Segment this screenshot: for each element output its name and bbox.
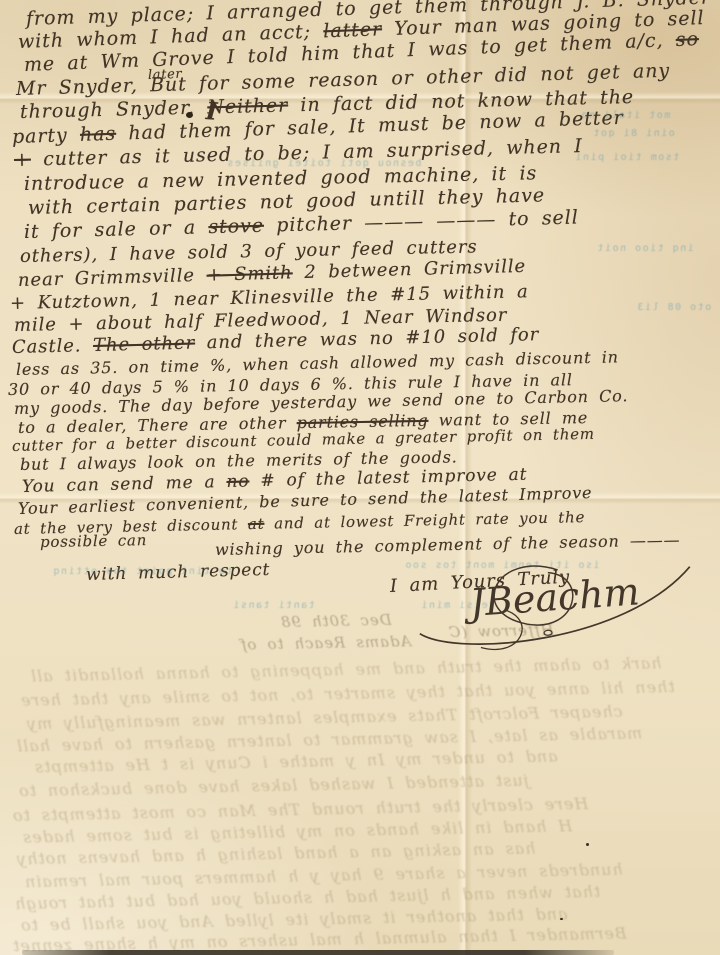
signature-flourish: JBeachm bbox=[405, 538, 712, 669]
bleedthrough-printed-text: tanti tansi bbox=[232, 600, 315, 611]
struck-word: stove bbox=[208, 215, 264, 238]
struck-word: latter bbox=[323, 18, 382, 42]
struck-word: has bbox=[80, 123, 117, 146]
ink-blot bbox=[186, 112, 193, 118]
letter-text: and at lowest Freight rate you the bbox=[264, 508, 585, 533]
struck-word: + Smith bbox=[206, 262, 293, 285]
letter-text: party bbox=[12, 124, 81, 148]
letter-text: Castle. bbox=[12, 335, 94, 358]
bleedthrough-handwriting: Dec 30th 98 bbox=[280, 611, 392, 631]
struck-word: + bbox=[14, 149, 31, 171]
inserted-word: later bbox=[148, 67, 183, 83]
bleedthrough-printed-text: inq tioo noit bbox=[596, 243, 694, 254]
scan-edge-shadow bbox=[22, 950, 614, 955]
bleedthrough-printed-text: tsom tioi pini bbox=[574, 152, 679, 163]
letter-line: possible can bbox=[40, 531, 147, 551]
letter-text: it for sale or a bbox=[24, 216, 209, 243]
letter-page: from my place; I arranged to get them th… bbox=[0, 0, 720, 955]
struck-word: at bbox=[248, 515, 265, 533]
struck-word: no bbox=[226, 471, 249, 492]
bleedthrough-printed-text: oini 8i qot bbox=[592, 128, 675, 139]
paper-speck bbox=[586, 843, 589, 846]
bleedthrough-printed-text: oto 08 li3 bbox=[636, 302, 711, 313]
bleedthrough-printed-text: besnou qoti toitei gniises bbox=[226, 158, 422, 169]
letter-text: near Grimmsville bbox=[18, 265, 207, 291]
struck-word: so bbox=[675, 28, 699, 51]
inserted-word: I bbox=[205, 96, 219, 126]
bleedthrough-printed-text: mot itali no bbox=[580, 110, 670, 121]
bleedthrough-handwriting: Adams Reach to of bbox=[240, 632, 412, 654]
struck-word: The other bbox=[93, 333, 196, 356]
letter-text: possible can bbox=[40, 531, 147, 551]
paper-speck bbox=[560, 918, 563, 920]
bleedthrough-printed-text: to tini point too ottinq bbox=[52, 566, 233, 577]
signature: JBeachm bbox=[405, 538, 712, 669]
letter-text: through Snyder. bbox=[20, 96, 208, 123]
